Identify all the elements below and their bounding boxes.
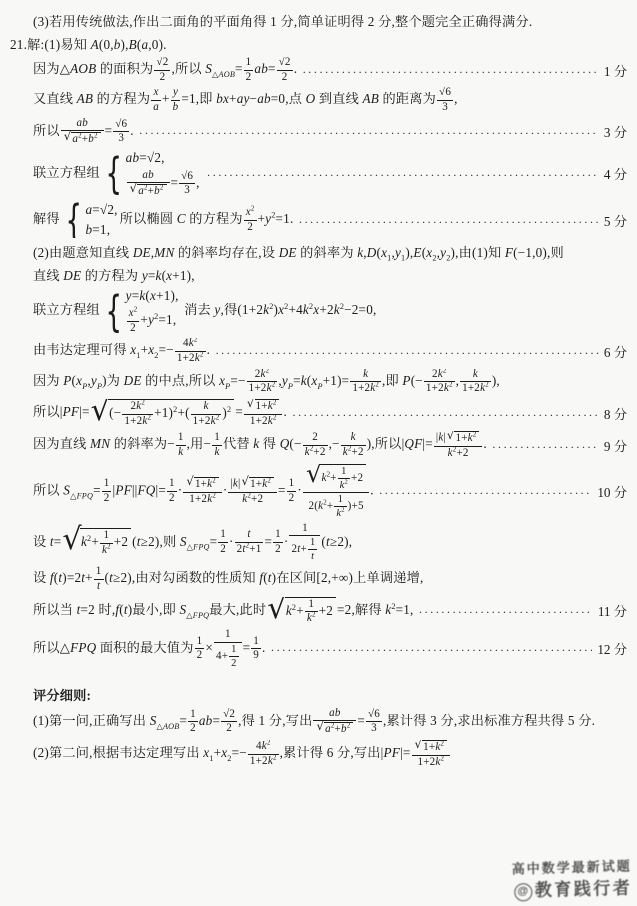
solution-line: (1)第一问,正确写出 S△AOB=12ab=√22,得 1 分,写出ab√a2…	[0, 708, 637, 736]
score-label: 9 分	[604, 436, 627, 455]
solution-line: 因为△AOB 的面积为√22,所以 S△AOB=12ab=√22.·······…	[0, 57, 637, 83]
solution-line: 所以当 t=2 时,f(t)最小,即 S△FPQ最大,此时√k2+1k2+2=2…	[0, 597, 637, 625]
dot-leader: ········································…	[302, 65, 599, 80]
solution-line: 联立方程组{ab=√2,ab√a2+b2=√63,···············…	[0, 150, 637, 198]
solution-line: 因为直线 MN 的斜率为−1k,用−1k代替 k 得 Q(−2k2+2,−kk2…	[0, 431, 637, 459]
solution-line: 所以 S△FPQ=12|PF||FQ|=12·√1+k21+2k2·|k|√1+…	[0, 464, 637, 519]
solution-line: 评分细则:	[0, 685, 637, 704]
score-label: 8 分	[604, 404, 627, 423]
dot-leader: ········································…	[207, 168, 599, 183]
solution-line: 又直线 AB 的方程为xa+yb=1,即 bx+ay−ab=0,点 O 到直线 …	[0, 87, 637, 113]
solution-line: 所以|PF|=√(−2k21+2k2+1)2+(k1+2k2)2=√1+k21+…	[0, 399, 637, 427]
math-text: (2)第二问,根据韦达定理写出 x1+x2=−4k21+2k2,累计得 6 分,…	[33, 740, 451, 768]
math-text: 所以 S△FPQ=12|PF||FQ|=12·√1+k21+2k2·|k|√1+…	[33, 464, 374, 519]
score-label: 1 分	[604, 61, 627, 80]
score-label: 11 分	[598, 601, 627, 620]
math-text: 联立方程组{ab=√2,ab√a2+b2=√63,	[33, 150, 202, 198]
score-label: 6 分	[604, 342, 627, 361]
watermark: 高中数学最新试题 @教育践行者	[511, 855, 632, 901]
score-label: 5 分	[604, 211, 627, 230]
score-label: 12 分	[597, 639, 627, 658]
dot-leader: ········································…	[139, 126, 599, 141]
watermark-publisher: 教育践行者	[535, 878, 633, 900]
math-text: 直线 DE 的方程为 y=k(x+1),	[33, 265, 195, 284]
dot-leader: ········································…	[298, 215, 598, 230]
math-text: 所以|PF|=√(−2k21+2k2+1)2+(k1+2k2)2=√1+k21+…	[33, 399, 287, 427]
math-text: (1)第一问,正确写出 S△AOB=12ab=√22,得 1 分,写出ab√a2…	[33, 708, 595, 736]
math-text: 设 f(t)=2t+1t(t≥2),由对勾函数的性质知 f(t)在区间[2,+∞…	[33, 566, 424, 592]
math-text: 21.解:(1)易知 A(0,b),B(a,0).	[10, 34, 167, 53]
math-text: 因为 P(xP,yP)为 DE 的中点,所以 xP=−2k21+2k2,yP=k…	[33, 369, 500, 395]
math-text: 评分细则:	[33, 685, 91, 704]
exam-solution-page: (3)若用传统做法,作出二面角的平面角得 1 分,简单证明得 2 分,整个题完全…	[0, 0, 637, 906]
watermark-text-bottom: @教育践行者	[512, 873, 633, 901]
solution-line: 由韦达定理可得 x1+x2=−4k21+2k2.················…	[0, 338, 637, 364]
math-text: (3)若用传统做法,作出二面角的平面角得 1 分,简单证明得 2 分,整个题完全…	[33, 11, 532, 30]
solution-line: 解得{a=√2,b=1,所以椭圆 C 的方程为x22+y2=1.········…	[0, 202, 637, 238]
solution-line: 所以△FPQ 面积的最大值为12×14+12=19.··············…	[0, 629, 637, 669]
math-text: 解得{a=√2,b=1,所以椭圆 C 的方程为x22+y2=1.	[33, 202, 293, 238]
dot-leader: ········································…	[379, 486, 593, 501]
dot-leader: ········································…	[292, 408, 599, 423]
math-text: 联立方程组{y=k(x+1),x22+y2=1, 消去 y,得(1+2k2)x2…	[33, 288, 376, 334]
score-label: 3 分	[604, 122, 627, 141]
solution-line: 21.解:(1)易知 A(0,b),B(a,0).	[0, 34, 637, 53]
solution-line: (2)第二问,根据韦达定理写出 x1+x2=−4k21+2k2,累计得 6 分,…	[0, 740, 637, 768]
solution-line: 所以ab√a2+b2=√63.·························…	[0, 118, 637, 146]
solution-line: (2)由题意知直线 DE,MN 的斜率均存在,设 DE 的斜率为 k,D(x1,…	[0, 242, 637, 261]
dot-leader: ········································…	[419, 605, 593, 620]
dot-leader: ········································…	[215, 346, 599, 361]
dot-leader: ········································…	[271, 643, 593, 658]
score-label: 10 分	[597, 482, 627, 501]
solution-line: 设 t=√k2+1k2+2(t≥2),则 S△FPQ=12·t2t2+1=12·…	[0, 523, 637, 563]
dot-leader: ········································…	[492, 440, 599, 455]
watermark-seal-icon: @	[514, 883, 532, 901]
solution-line: 直线 DE 的方程为 y=k(x+1),	[0, 265, 637, 284]
math-text: 设 t=√k2+1k2+2(t≥2),则 S△FPQ=12·t2t2+1=12·…	[33, 523, 352, 563]
score-label: 4 分	[604, 164, 627, 183]
document-body: (3)若用传统做法,作出二面角的平面角得 1 分,简单证明得 2 分,整个题完全…	[0, 11, 637, 768]
math-text: 因为直线 MN 的斜率为−1k,用−1k代替 k 得 Q(−2k2+2,−kk2…	[33, 431, 487, 459]
solution-line: 联立方程组{y=k(x+1),x22+y2=1, 消去 y,得(1+2k2)x2…	[0, 288, 637, 334]
math-text: 所以当 t=2 时,f(t)最小,即 S△FPQ最大,此时√k2+1k2+2=2…	[33, 597, 414, 625]
solution-line: 设 f(t)=2t+1t(t≥2),由对勾函数的性质知 f(t)在区间[2,+∞…	[0, 566, 637, 592]
solution-line: (3)若用传统做法,作出二面角的平面角得 1 分,简单证明得 2 分,整个题完全…	[0, 11, 637, 30]
math-text: (2)由题意知直线 DE,MN 的斜率均存在,设 DE 的斜率为 k,D(x1,…	[33, 242, 564, 261]
solution-line: 因为 P(xP,yP)为 DE 的中点,所以 xP=−2k21+2k2,yP=k…	[0, 369, 637, 395]
math-text: 所以ab√a2+b2=√63.	[33, 118, 134, 146]
math-text: 因为△AOB 的面积为√22,所以 S△AOB=12ab=√22.	[33, 57, 297, 83]
math-text: 所以△FPQ 面积的最大值为12×14+12=19.	[33, 629, 266, 669]
math-text: 又直线 AB 的方程为xa+yb=1,即 bx+ay−ab=0,点 O 到直线 …	[33, 87, 458, 113]
math-text: 由韦达定理可得 x1+x2=−4k21+2k2.	[33, 338, 210, 364]
